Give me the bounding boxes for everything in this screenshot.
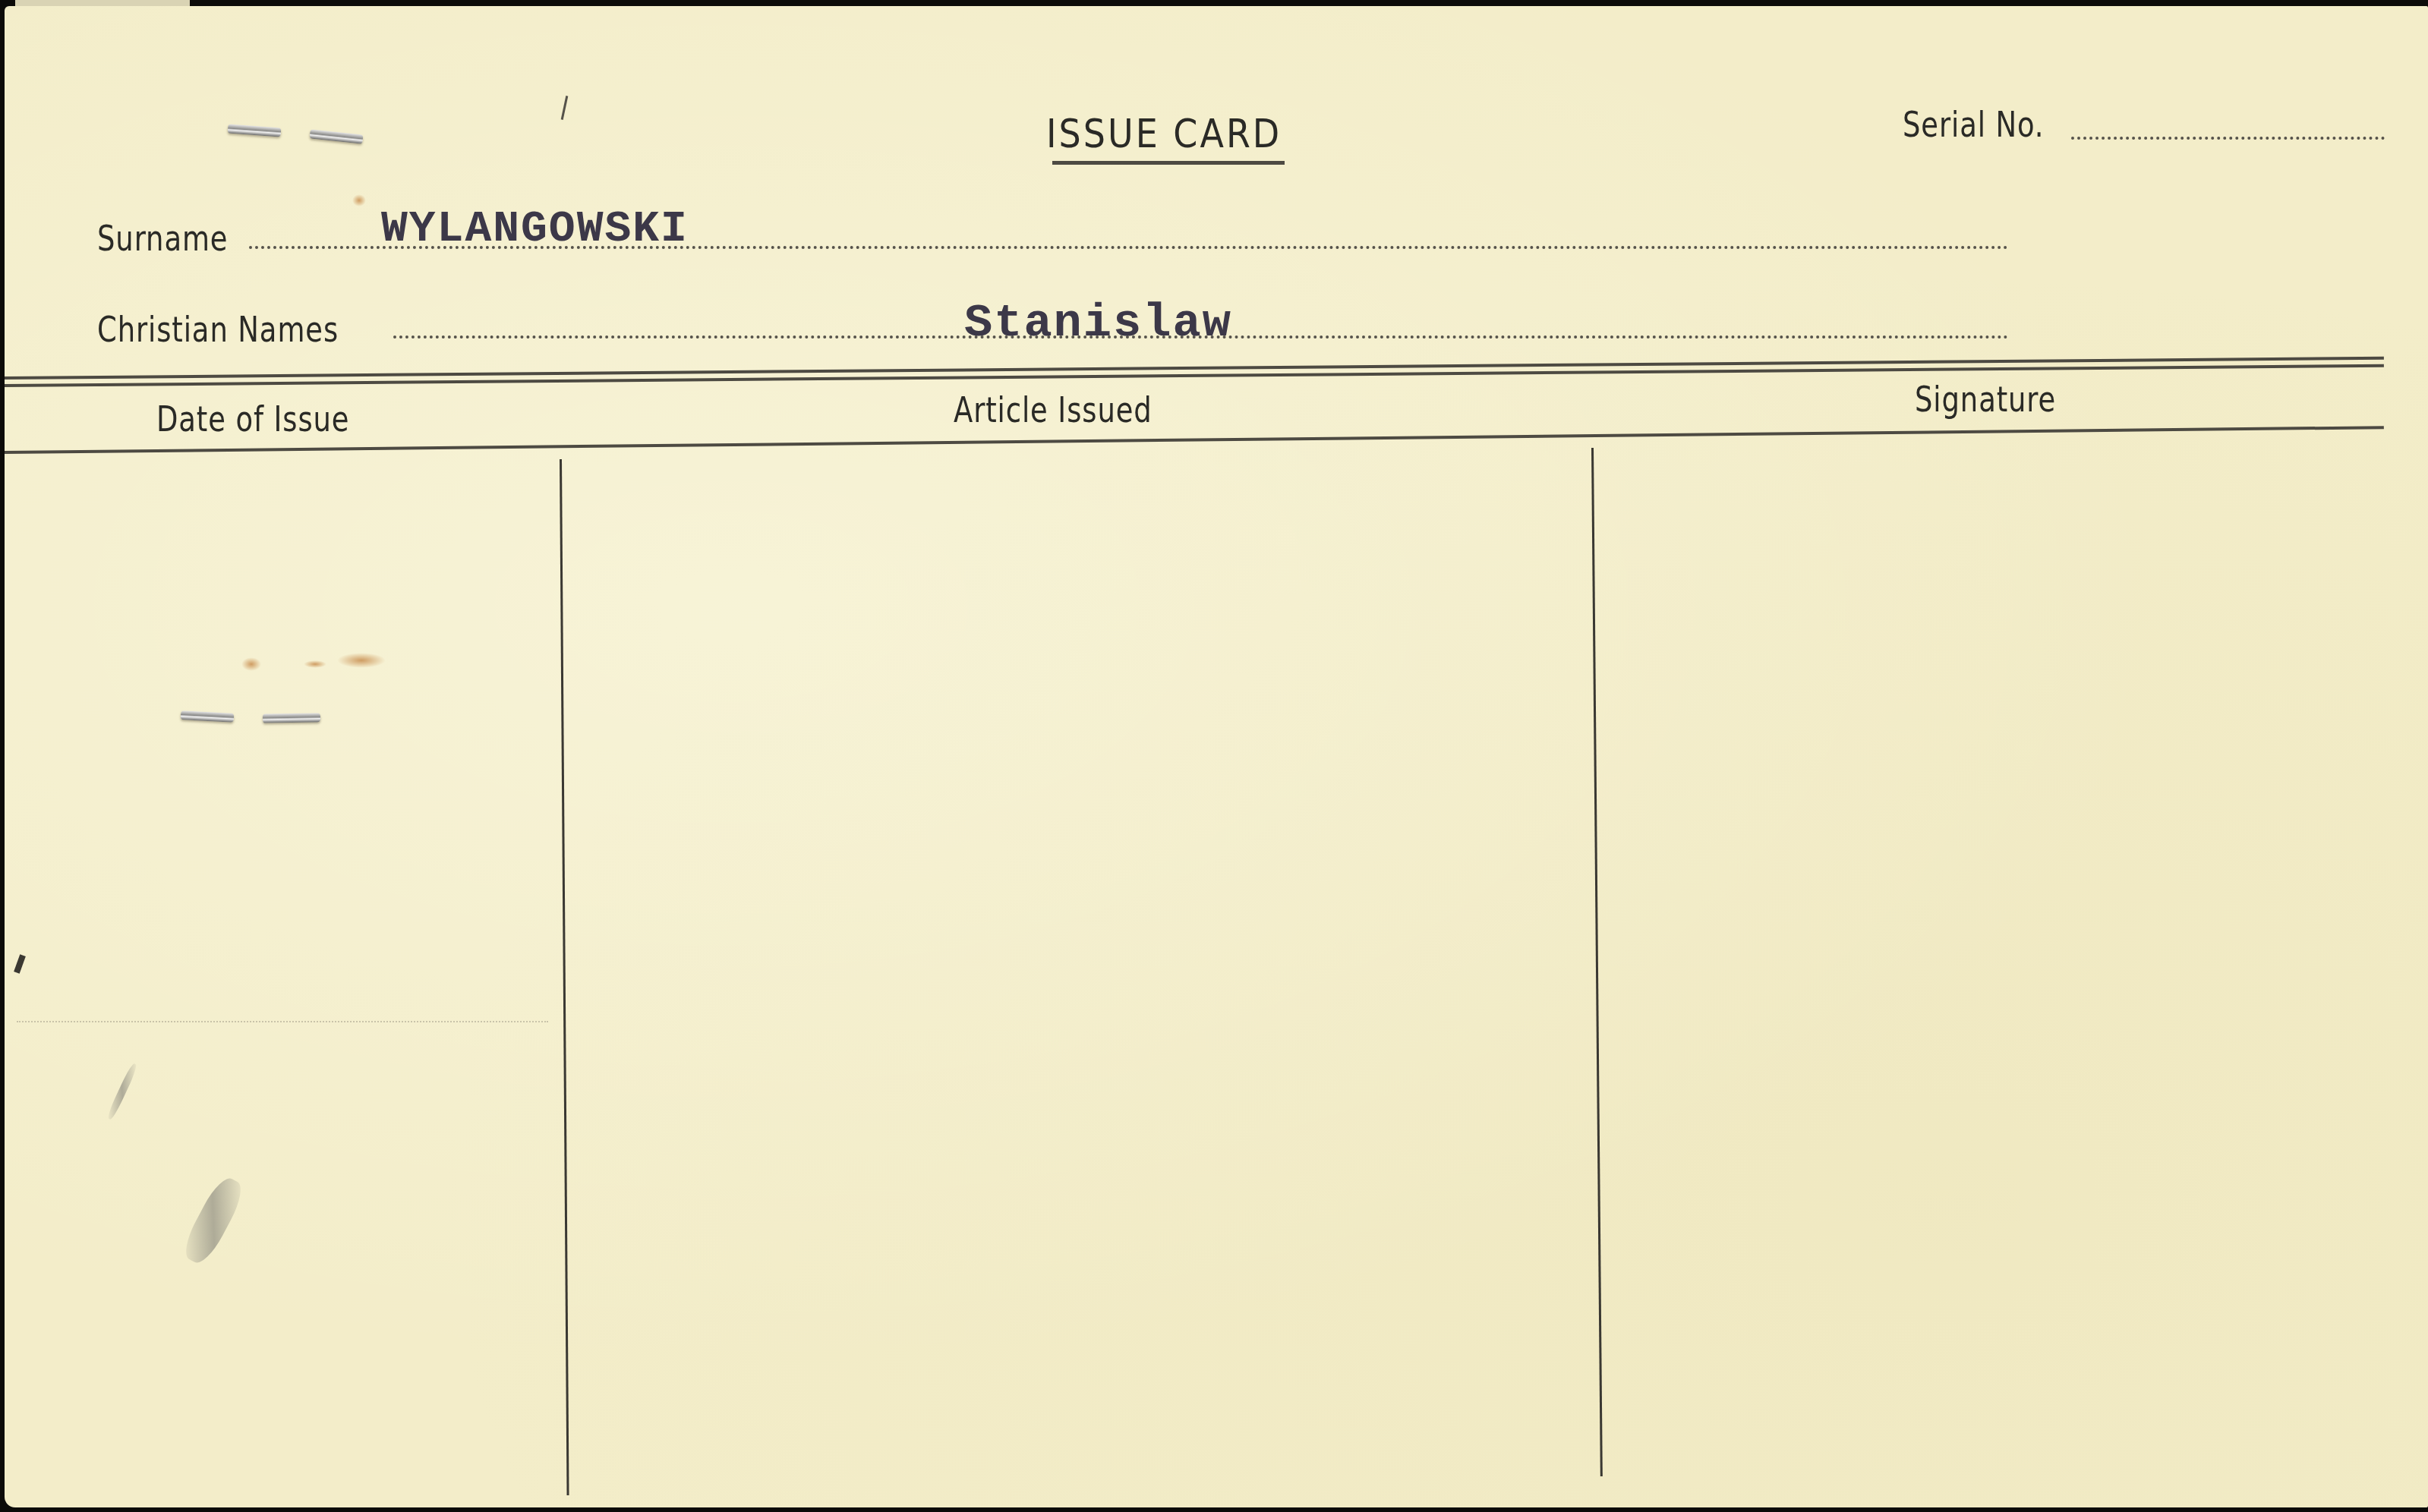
rust-stain-3	[337, 653, 386, 668]
signature-column[interactable]	[1596, 446, 2385, 1479]
surname-value[interactable]: WYLANGOWSKI	[381, 205, 689, 254]
serial-number-field[interactable]	[2071, 118, 2385, 140]
pencil-tick-mark	[561, 96, 569, 120]
article-issued-column[interactable]	[563, 461, 1590, 1486]
title-underline	[1052, 161, 1285, 165]
serial-number-label: Serial No.	[1903, 105, 2044, 145]
column-header-signature: Signature	[1915, 380, 2056, 420]
rust-spot	[352, 194, 366, 206]
serial-number-dots	[2071, 137, 2385, 140]
surname-label: Surname	[97, 219, 228, 259]
rust-stain-2	[304, 660, 326, 668]
staple-top-left	[228, 124, 282, 137]
faint-guide-line	[17, 1021, 548, 1022]
card-title: ISSUE CARD	[1046, 111, 1282, 156]
christian-names-value[interactable]: Stanislaw	[964, 296, 1232, 350]
column-header-date-of-issue: Date of Issue	[156, 399, 349, 439]
date-of-issue-column[interactable]	[5, 461, 559, 1494]
staple-top-right	[310, 129, 364, 143]
christian-names-label: Christian Names	[97, 310, 339, 350]
rust-stain-1	[241, 657, 261, 671]
column-header-article-issued: Article Issued	[954, 390, 1153, 430]
issue-card: ISSUE CARD Serial No. Surname WYLANGOWSK…	[5, 6, 2428, 1507]
staple-body-right	[263, 713, 320, 723]
